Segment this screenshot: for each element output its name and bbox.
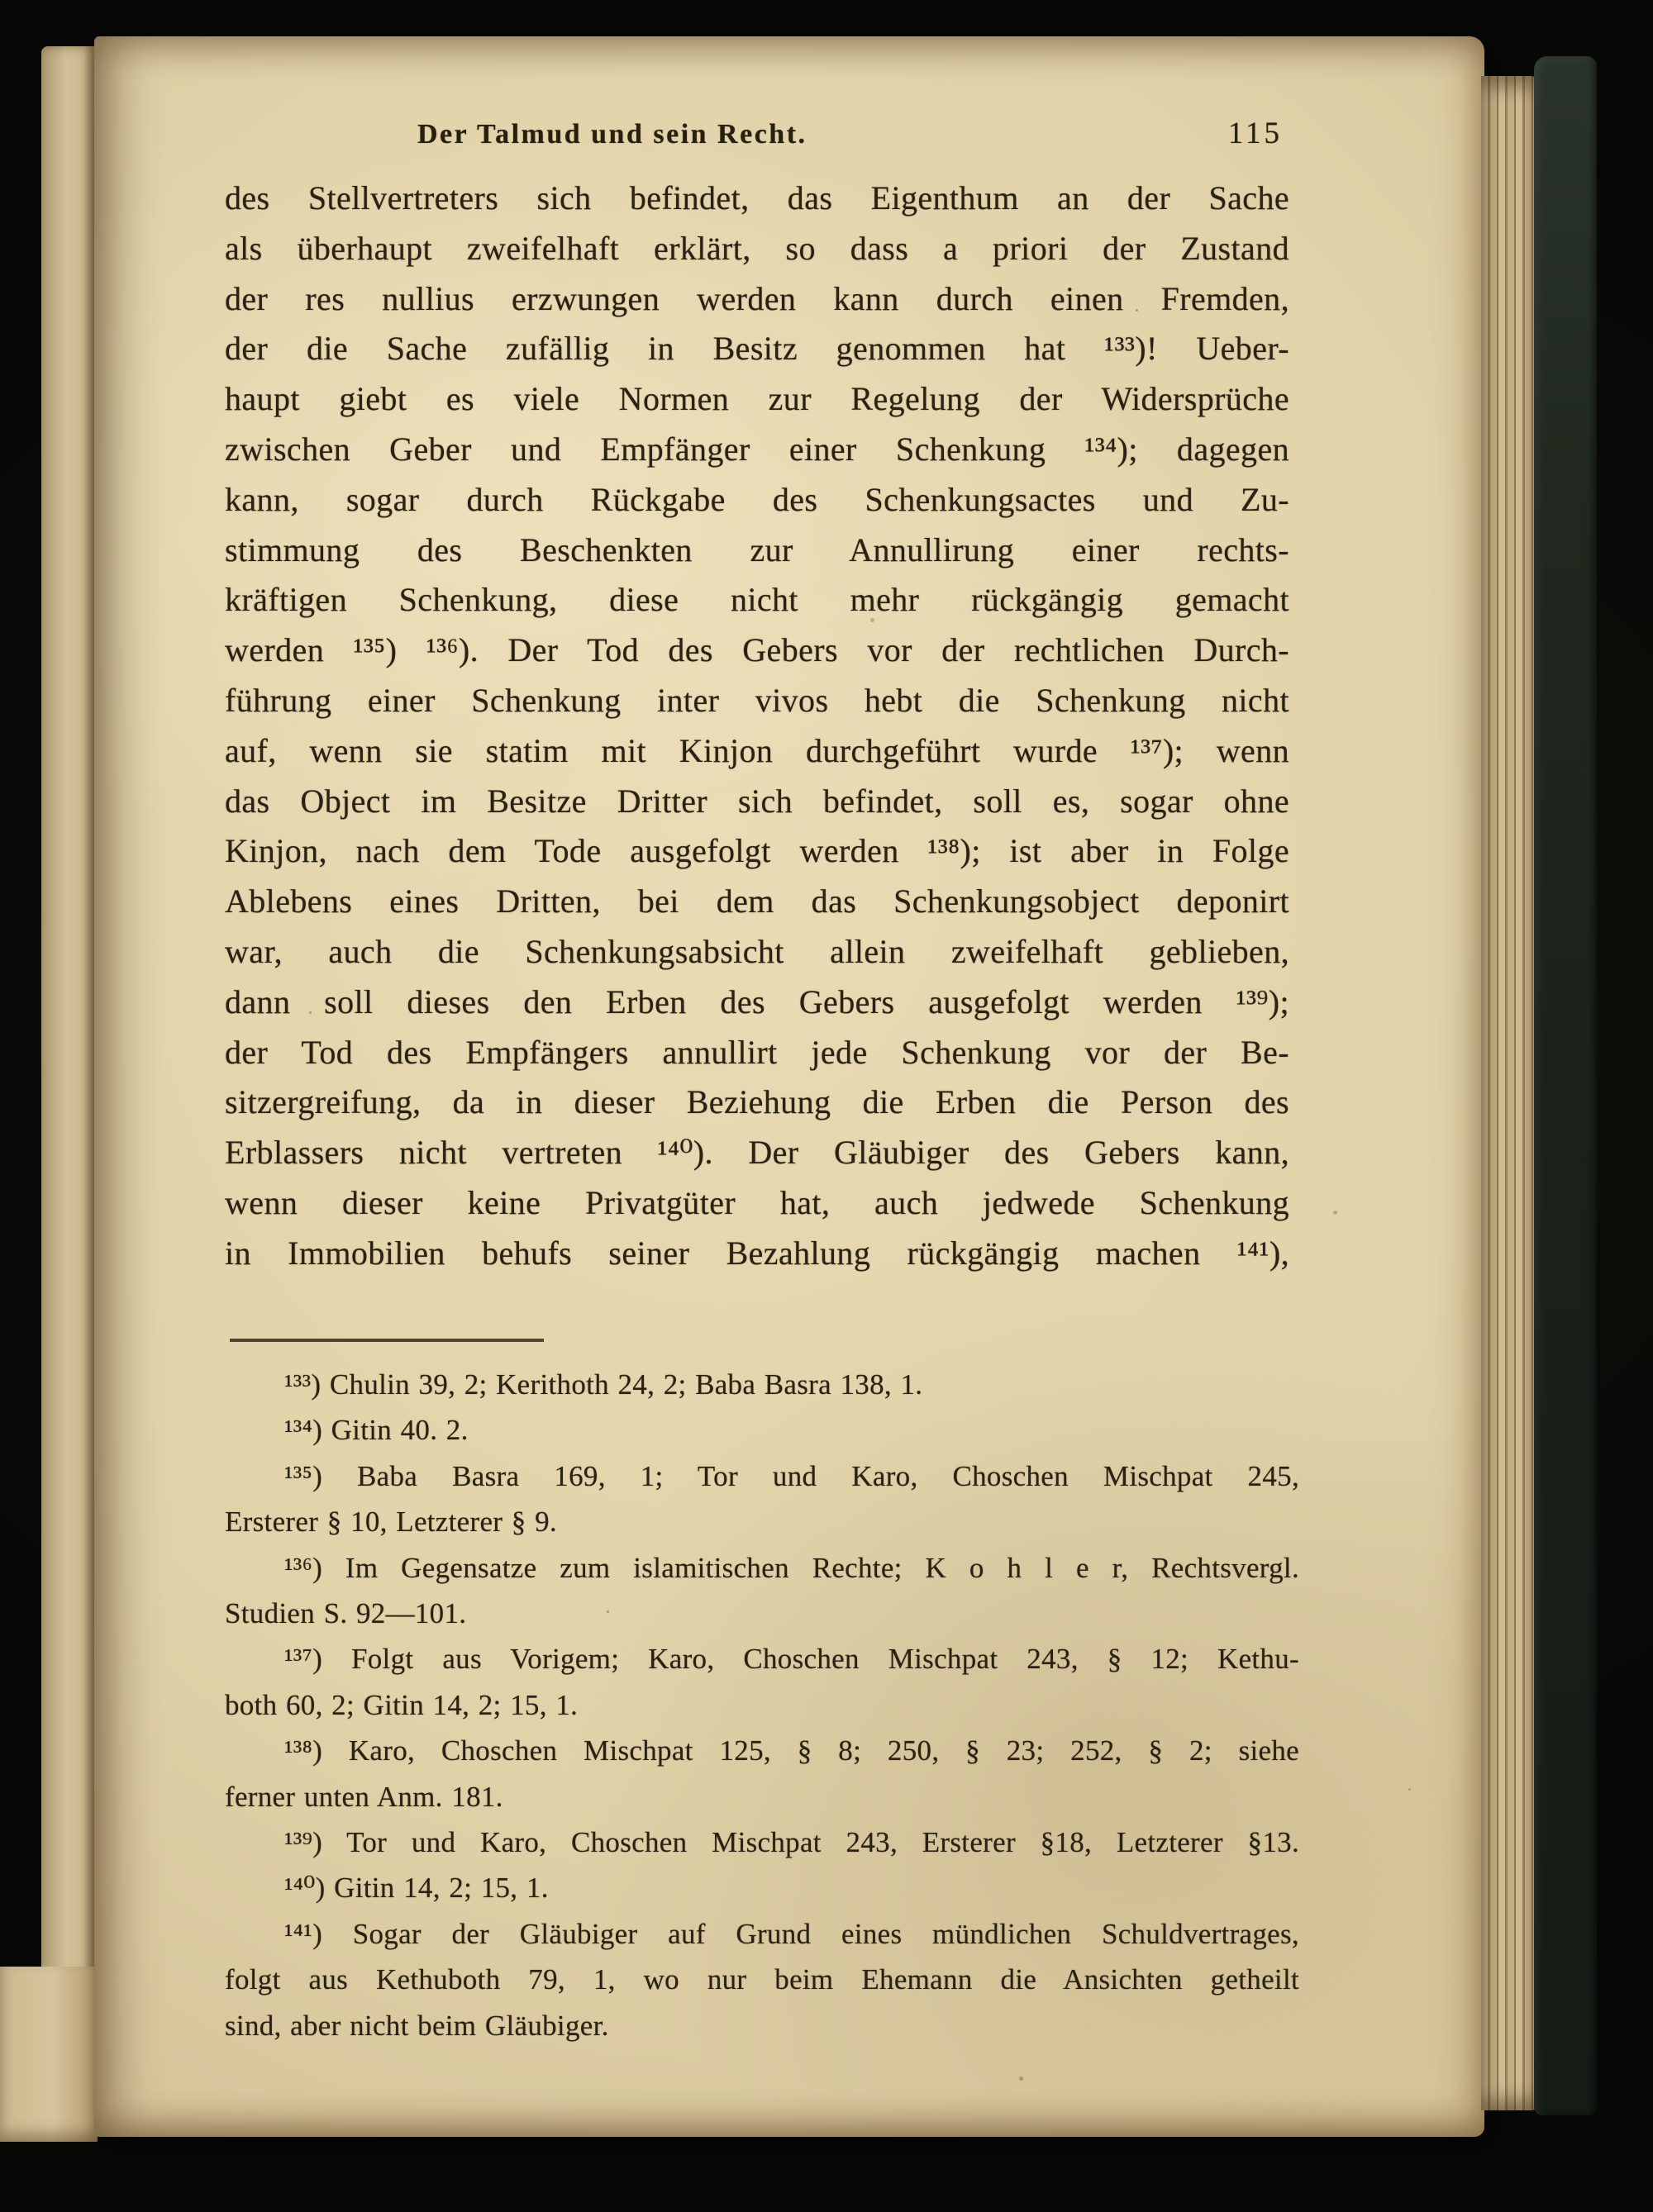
footnote-line: ferner unten Anm. 181. (225, 1774, 1299, 1820)
footnote-line: ¹³⁹) Tor und Karo, Choschen Mischpat 243… (225, 1820, 1299, 1865)
footnote-line: ¹³⁵) Baba Basra 169, 1; Tor und Karo, Ch… (225, 1453, 1299, 1499)
text-line: des Stellvertreters sich befindet, das E… (225, 174, 1289, 224)
page-header: Der Talmud und sein Recht. 115 (225, 114, 1289, 160)
text-line: dann soll dieses den Erben des Gebers au… (225, 978, 1289, 1028)
text-line: auf, wenn sie statim mit Kinjon durchgef… (225, 726, 1289, 777)
text-line: wenn dieser keine Privatgüter hat, auch … (225, 1178, 1289, 1229)
text-line: sitzergreifung, da in dieser Beziehung d… (225, 1077, 1289, 1128)
text-line: kräftigen Schenkung, diese nicht mehr rü… (225, 575, 1289, 626)
text-line: der Tod des Empfängers annullirt jede Sc… (225, 1028, 1289, 1078)
text-line: das Object im Besitze Dritter sich befin… (225, 777, 1289, 827)
text-line: der die Sache zufällig in Besitz genomme… (225, 324, 1289, 374)
text-line: führung einer Schenkung inter vivos hebt… (225, 676, 1289, 726)
text-line: als überhaupt zweifelhaft erklärt, so da… (225, 224, 1289, 274)
footnote-separator-rule (230, 1339, 544, 1342)
footnote-line: both 60, 2; Gitin 14, 2; 15, 1. (225, 1682, 1299, 1728)
footnote-line: Ersterer § 10, Letzterer § 9. (225, 1499, 1299, 1544)
previous-page-corner (0, 1967, 98, 2142)
text-line: in Immobilien behufs seiner Bezahlung rü… (225, 1229, 1289, 1279)
page-number: 115 (1228, 116, 1283, 151)
text-line: der res nullius erzwungen werden kann du… (225, 274, 1289, 325)
footnote-line: ¹³⁷) Folgt aus Vorigem; Karo, Choschen M… (225, 1636, 1299, 1682)
footnote-line: ¹³³) Chulin 39, 2; Kerithoth 24, 2; Baba… (225, 1362, 1299, 1407)
body-text-block: des Stellvertreters sich befindet, das E… (225, 174, 1289, 1279)
text-line: Ablebens eines Dritten, bei dem das Sche… (225, 877, 1289, 927)
footnote-line: ¹³⁴) Gitin 40. 2. (225, 1407, 1299, 1453)
footnote-line: sind, aber nicht beim Gläubiger. (225, 2003, 1299, 2048)
footnote-line: ¹³⁸) Karo, Choschen Mischpat 125, § 8; 2… (225, 1728, 1299, 1773)
text-line: haupt giebt es viele Normen zur Regelung… (225, 374, 1289, 425)
footnotes-block: ¹³³) Chulin 39, 2; Kerithoth 24, 2; Baba… (225, 1362, 1299, 2048)
footnote-line: ¹⁴¹) Sogar der Gläubiger auf Grund eines… (225, 1911, 1299, 1957)
text-line: werden ¹³⁵) ¹³⁶). Der Tod des Gebers vor… (225, 626, 1289, 676)
text-line: Kinjon, nach dem Tode ausgefolgt werden … (225, 826, 1289, 877)
text-line: Erblassers nicht vertreten ¹⁴⁰). Der Glä… (225, 1128, 1289, 1178)
running-title: Der Talmud und sein Recht. (417, 119, 807, 150)
text-line: stimmung des Beschenkten zur Annullirung… (225, 526, 1289, 576)
text-line: zwischen Geber und Empfänger einer Schen… (225, 425, 1289, 475)
footnote-line: ¹³⁶) Im Gegensatze zum islamitischen Rec… (225, 1545, 1299, 1591)
book-scan-background: Der Talmud und sein Recht. 115 des Stell… (0, 0, 1653, 2212)
paper-specks (94, 36, 97, 39)
previous-page-edge (41, 46, 96, 2134)
book-cover-edge (1534, 56, 1597, 2115)
text-line: war, auch die Schenkungsabsicht allein z… (225, 927, 1289, 978)
footnote-line: Studien S. 92—101. (225, 1591, 1299, 1636)
page-stack-edges (1481, 76, 1539, 2110)
footnote-line: folgt aus Kethuboth 79, 1, wo nur beim E… (225, 1957, 1299, 2002)
text-line: kann, sogar durch Rückgabe des Schenkung… (225, 475, 1289, 526)
book-page: Der Talmud und sein Recht. 115 des Stell… (94, 36, 1484, 2137)
footnote-line: ¹⁴⁰) Gitin 14, 2; 15, 1. (225, 1865, 1299, 1910)
